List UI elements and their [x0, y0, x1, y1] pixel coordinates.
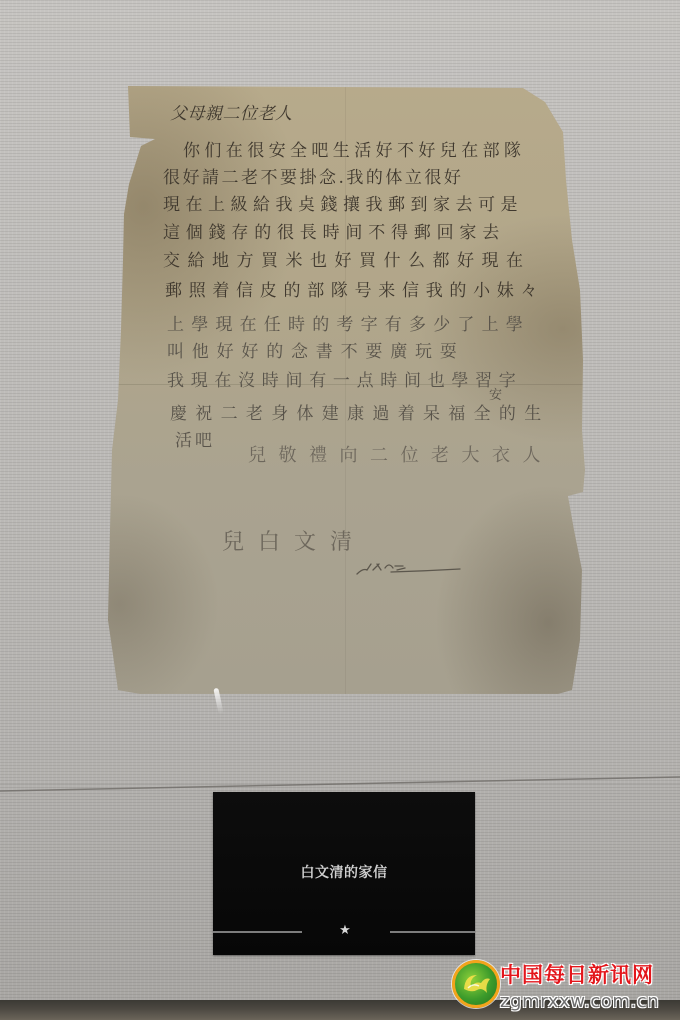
- letter-line: 現在上級給我奌錢攘我郵到家去可是: [163, 195, 523, 215]
- letter-salutation: 父母親二位老人: [170, 104, 293, 124]
- watermark-logo-icon: [452, 960, 500, 1008]
- letter-line: 郵照着信皮的部隊号来信我的小妹々: [165, 281, 544, 301]
- letter-line: 慶祝二老身体建康過着呆福全的生: [170, 404, 550, 424]
- letter-line: 很好請二老不要掛念.我的体立很好: [163, 168, 463, 188]
- letter-line: 叫他好好的念書不要廣玩耍: [167, 342, 465, 362]
- plaque-title: 白文清的家信: [213, 862, 475, 882]
- letter-line: 活吧: [175, 431, 215, 451]
- letter-line: 交給地方買米也好買什么都好現在: [163, 251, 531, 271]
- watermark-site-name: 中国每日新讯网: [500, 962, 654, 988]
- signature-scribble: [355, 556, 465, 578]
- letter-signature: 兒白文清: [222, 530, 366, 556]
- star-icon: ★: [337, 922, 353, 940]
- letter-line: 這個錢存的很長時间不得郵回家去: [163, 223, 505, 243]
- letter-closing: 兒敬禮向二位老大衣人: [248, 446, 553, 466]
- letter-line: 上學現在任時的考字有多少了上學: [167, 315, 530, 335]
- letter-insertion-mark: 安: [489, 386, 502, 406]
- letter-line: 我現在沒時间有一点時间也學習字: [167, 371, 523, 391]
- caption-plaque: 白文清的家信 ★: [213, 792, 475, 955]
- letter-line: 你们在很安全吧生活好不好兒在部隊: [183, 141, 525, 161]
- plaque-divider-right: [390, 931, 475, 933]
- watermark-domain: zgmrxxw.com.cn: [500, 991, 659, 1013]
- plaque-divider-left: [213, 931, 302, 933]
